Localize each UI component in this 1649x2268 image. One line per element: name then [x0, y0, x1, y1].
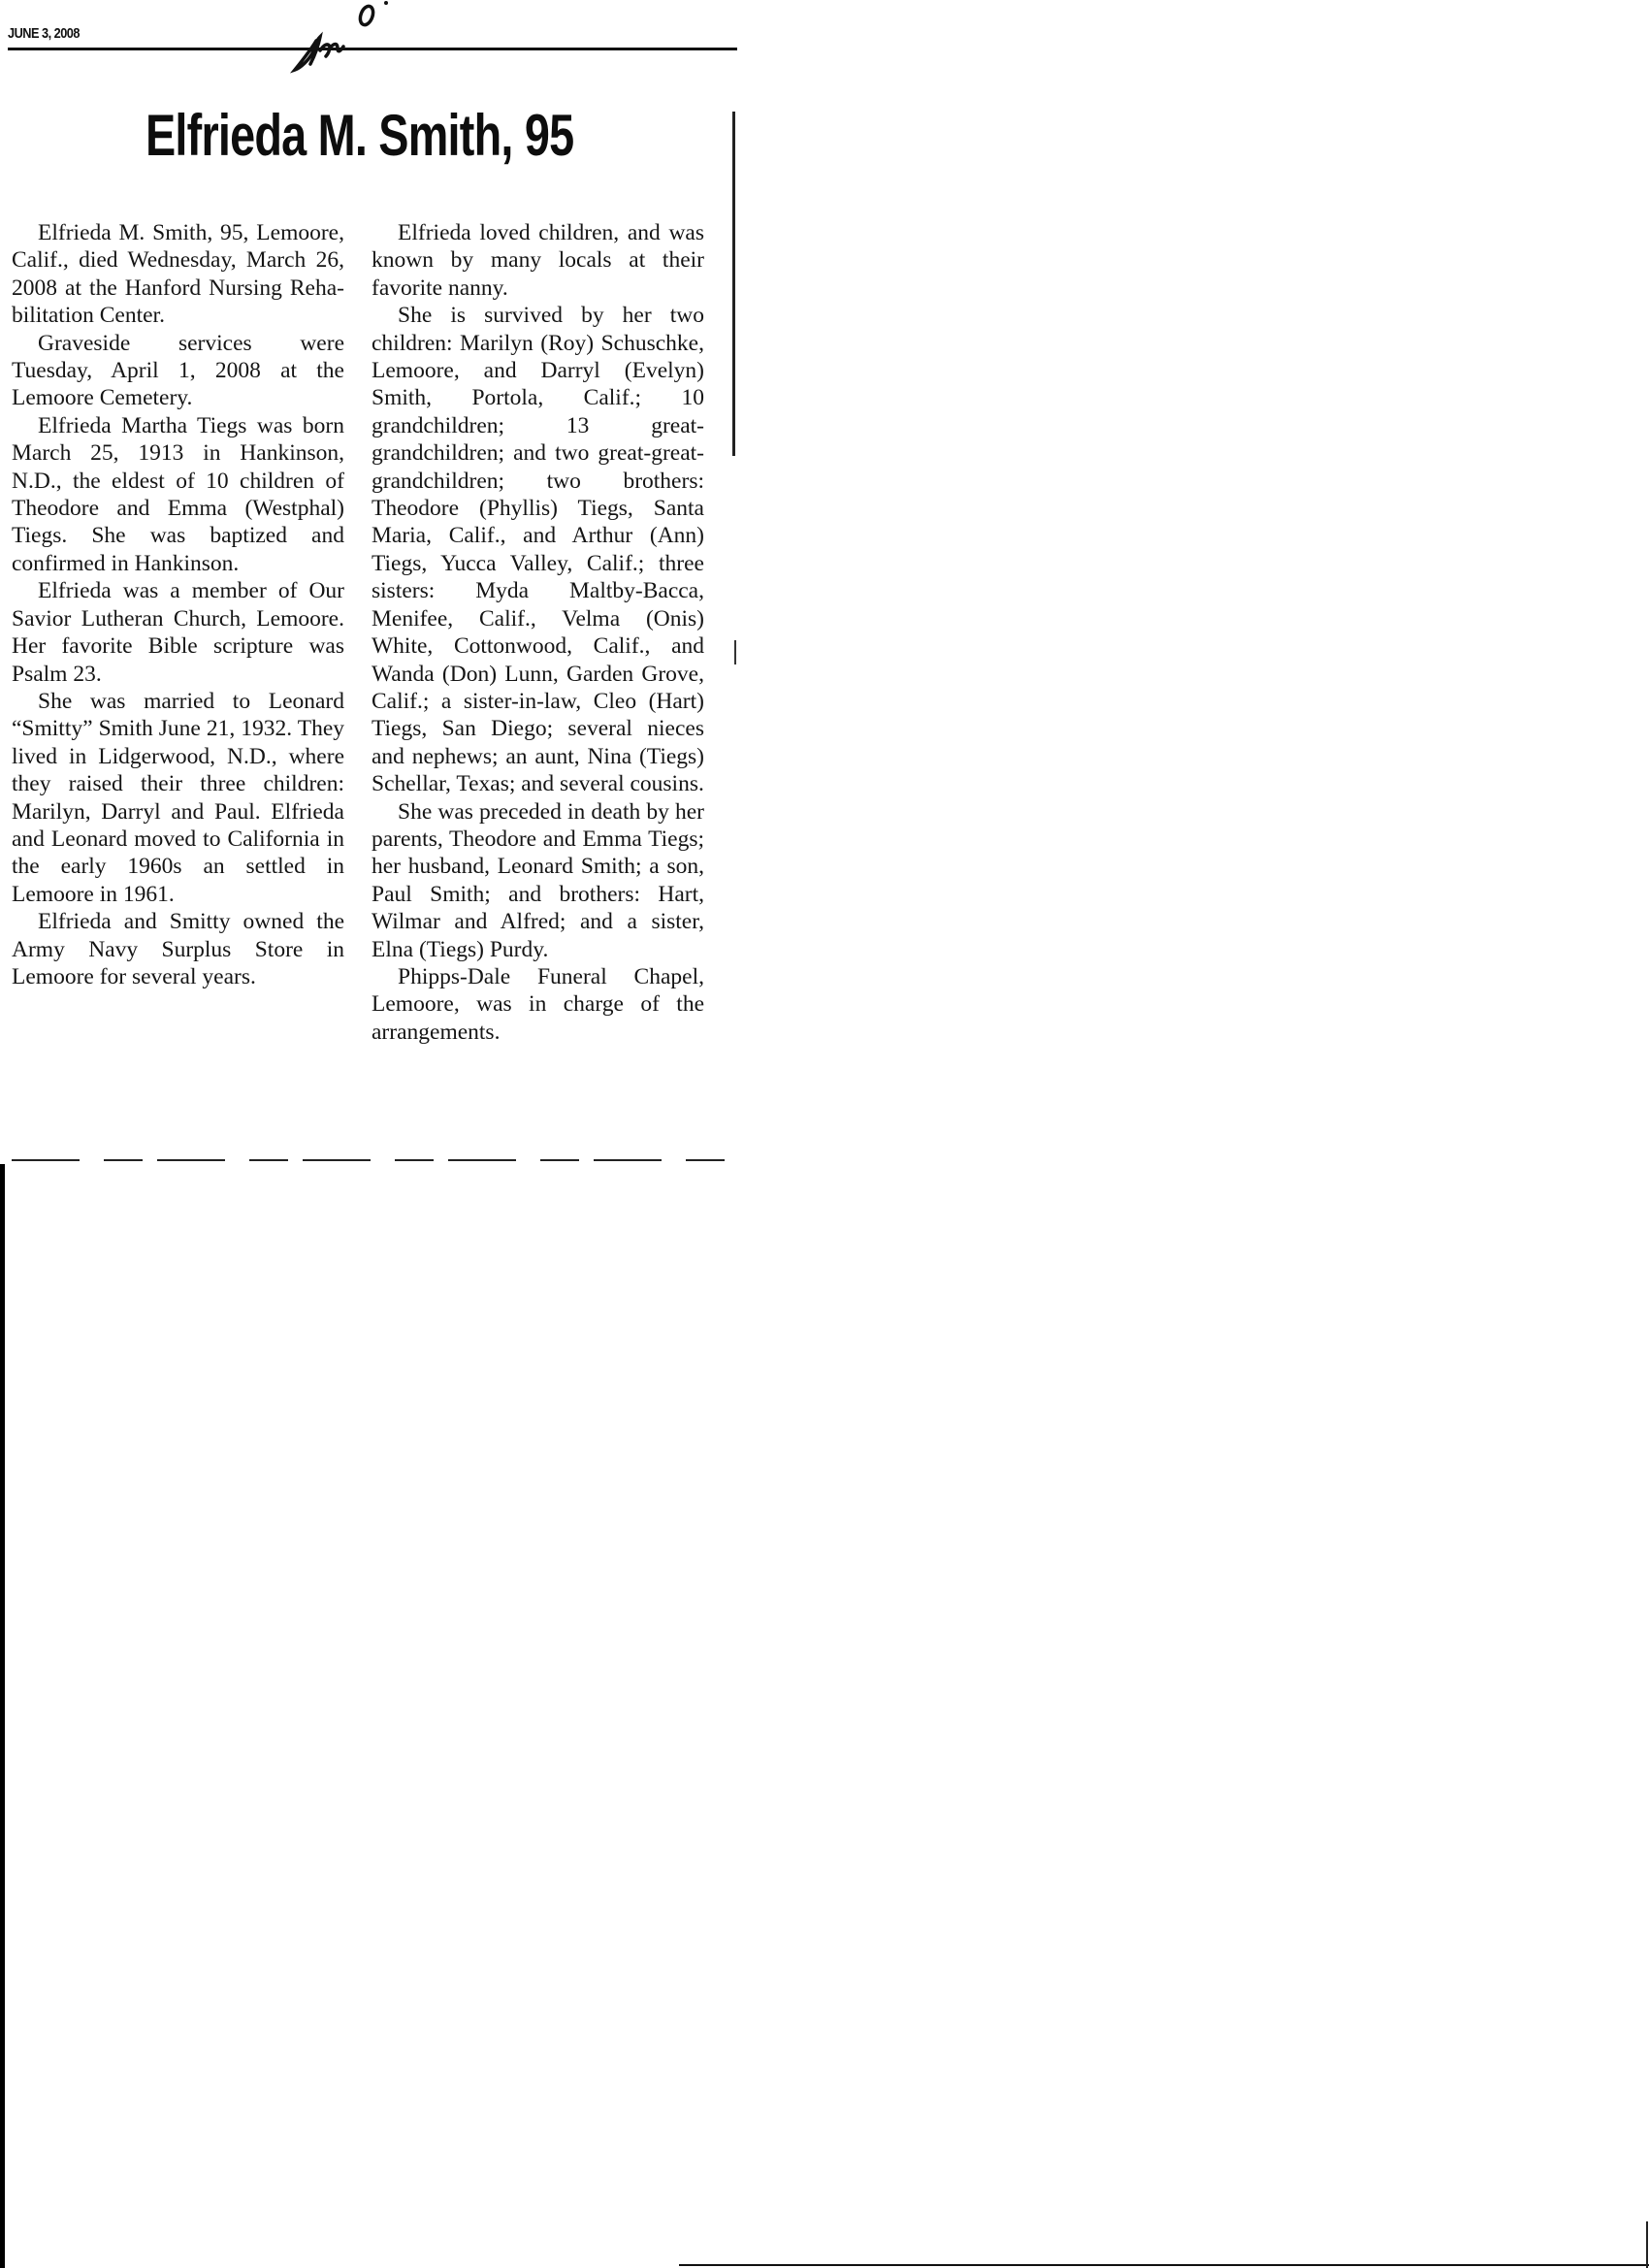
paragraph-survivors: She is survived by her two children: Mar…: [372, 302, 704, 797]
scan-edge-bottom: [679, 2264, 1649, 2266]
paragraph-children: Elfrieda loved children, and was known b…: [372, 219, 704, 302]
paragraph-church: Elfrieda was a member of Our Savior Luth…: [12, 577, 344, 688]
bottom-rule: [12, 1159, 729, 1161]
paragraph-preceded: She was preceded in death by her parents…: [372, 798, 704, 963]
scan-edge-left: [0, 1164, 5, 2268]
scanned-page: JUNE 3, 2008 In o Elfrieda M. Smith, 95 …: [0, 0, 1649, 2268]
scan-edge-right: [1646, 2221, 1648, 2268]
handwritten-note-icon: In o: [281, 0, 407, 78]
column-rule: [732, 112, 735, 456]
scan-mark: [734, 640, 736, 664]
paragraph-arrangements: Phipps-Dale Funeral Chapel, Lemoore, was…: [372, 963, 704, 1046]
obituary-headline: Elfrieda M. Smith, 95: [145, 102, 478, 170]
article-column-right: Elfrieda loved children, and was known b…: [372, 219, 704, 1046]
dateline: JUNE 3, 2008: [8, 25, 80, 42]
article-column-left: Elfrieda M. Smith, 95, Lemoore, Calif., …: [12, 219, 344, 990]
paragraph-business: Elfrieda and Smitty owned the Army Navy …: [12, 908, 344, 990]
paragraph-marriage: She was married to Leonard “Smitty” Smit…: [12, 688, 344, 908]
paragraph-birth: Elfrieda Martha Tiegs was born March 25,…: [12, 412, 344, 577]
paragraph-services: Graveside services were Tuesday, April 1…: [12, 330, 344, 412]
paragraph-death-notice: Elfrieda M. Smith, 95, Lemoore, Calif., …: [12, 219, 344, 330]
